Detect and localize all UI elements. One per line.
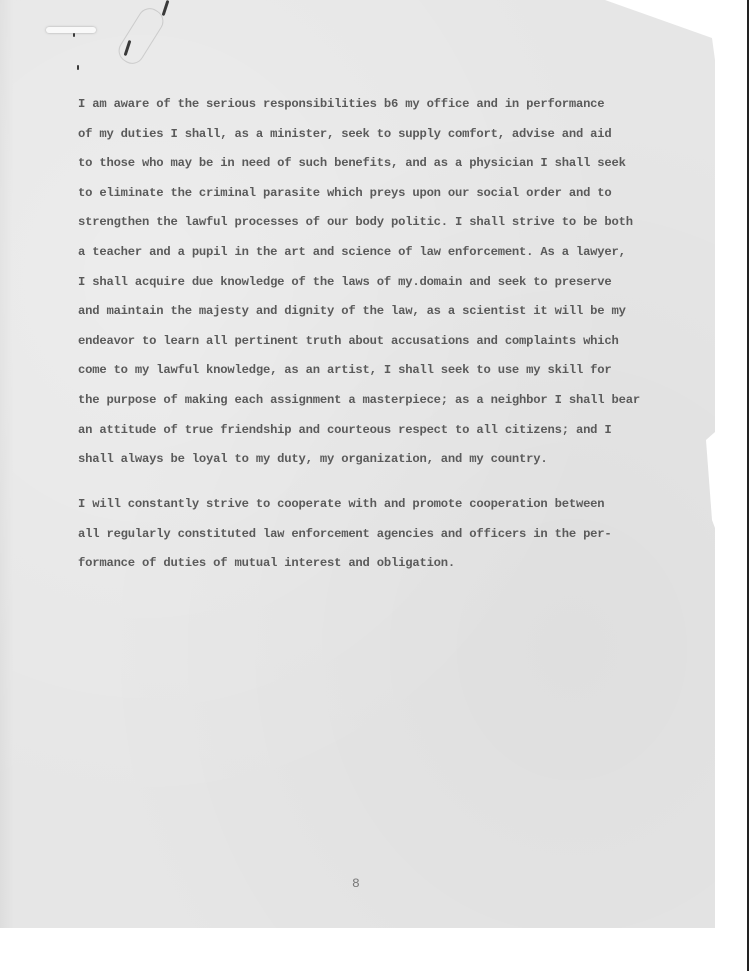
text-line: strengthen the lawful processes of our b… [78, 212, 678, 242]
text-line: all regularly constituted law enforcemen… [78, 524, 678, 554]
text-line: and maintain the majesty and dignity of … [78, 301, 678, 331]
text-line: of my duties I shall, as a minister, see… [78, 124, 678, 154]
text-line: I shall acquire due knowledge of the law… [78, 272, 678, 302]
text-line: endeavor to learn all pertinent truth ab… [78, 331, 678, 361]
ink-speck [73, 33, 75, 37]
text-line: a teacher and a pupil in the art and sci… [78, 242, 678, 272]
text-line: an attitude of true friendship and court… [78, 420, 678, 450]
paragraph-2: I will constantly strive to cooperate wi… [78, 494, 678, 583]
paragraph-1: I am aware of the serious responsibiliti… [78, 94, 678, 479]
text-line: I am aware of the serious responsibiliti… [78, 94, 678, 124]
scanned-page: I am aware of the serious responsibiliti… [0, 0, 750, 971]
ink-speck [77, 65, 79, 70]
text-line: to those who may be in need of such bene… [78, 153, 678, 183]
text-line: formance of duties of mutual interest an… [78, 553, 678, 583]
text-line: come to my lawful knowledge, as an artis… [78, 360, 678, 390]
text-line: shall always be loyal to my duty, my org… [78, 449, 678, 479]
page-number: 8 [352, 876, 360, 891]
scan-edge-border [747, 0, 749, 971]
text-line: the purpose of making each assignment a … [78, 390, 678, 420]
text-line: I will constantly strive to cooperate wi… [78, 494, 678, 524]
staple-hole-mark [46, 27, 96, 33]
text-line: to eliminate the criminal parasite which… [78, 183, 678, 213]
